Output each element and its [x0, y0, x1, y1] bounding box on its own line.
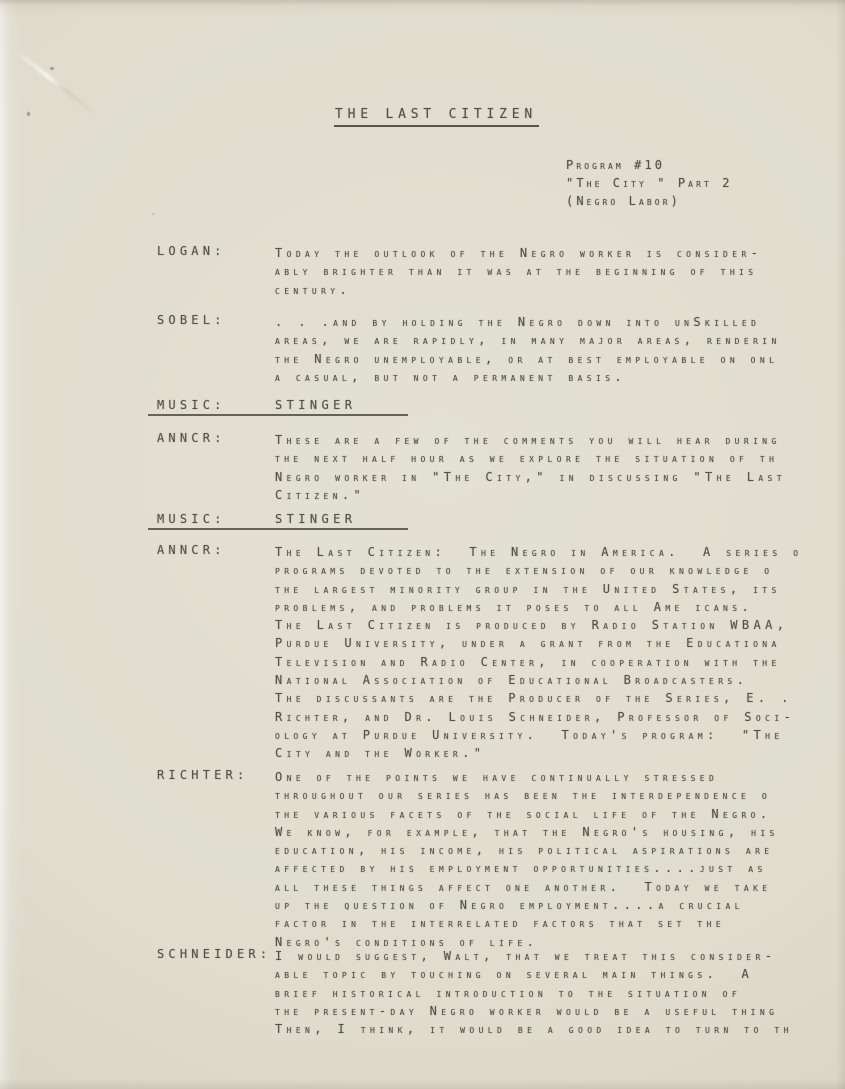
speaker-label: LOGAN:	[157, 244, 226, 258]
script-line: education, his income, his political asp…	[275, 841, 845, 859]
music-cue-underline: MUSIC: STINGER	[148, 512, 408, 530]
speech-lines: These are a few of the comments you will…	[275, 431, 845, 504]
script-line: ology at Purdue University. Today's prog…	[275, 726, 845, 744]
speech-lines: . . .and by holding the Negro down into …	[275, 313, 845, 386]
script-line: problems, and problems it poses to all A…	[275, 598, 845, 616]
script-line: the various facets of the social life of…	[275, 805, 845, 823]
speaker-label: ANNCR:	[157, 543, 226, 557]
script-line: able topic by touching on several main t…	[275, 965, 845, 983]
script-line: programs devoted to the extension of our…	[275, 561, 845, 579]
speaker-label: RICHTER:	[157, 768, 248, 782]
script-line: Citizen."	[275, 486, 845, 504]
script-line: Richter, and Dr. Louis Schneider, Profes…	[275, 708, 845, 726]
script-line: We know, for example, that the Negro's h…	[275, 823, 845, 841]
script-line: The Last Citizen is produced by Radio St…	[275, 616, 845, 634]
script-line: affected by his employment opportunities…	[275, 859, 845, 877]
speaker-label: SCHNEIDER:	[157, 947, 271, 961]
script-line: Today the outlook of the Negro worker is…	[275, 244, 845, 262]
script-line: brief historical introduction to the sit…	[275, 984, 845, 1002]
script-line: One of the points we have continually st…	[275, 768, 845, 786]
script-line: The discussants are the Producer of the …	[275, 689, 845, 707]
scanned-script-page: THE LAST CITIZEN Program #10 "The City "…	[0, 0, 845, 1089]
script-line: National Association of Educational Broa…	[275, 671, 845, 689]
script-line: The Last Citizen: The Negro in America. …	[275, 543, 845, 561]
speaker-label: ANNCR:	[157, 431, 226, 445]
cue-label: MUSIC:	[157, 398, 226, 412]
script-line: up the question of Negro employment....a…	[275, 896, 845, 914]
script-line: Purdue University, under a grant from th…	[275, 634, 845, 652]
speech-lines: Today the outlook of the Negro worker is…	[275, 244, 845, 299]
speech-lines: The Last Citizen: The Negro in America. …	[275, 543, 845, 763]
cue-text: STINGER	[275, 398, 356, 412]
speech-lines: One of the points we have continually st…	[275, 768, 845, 951]
script-line: all these things affect one another. Tod…	[275, 878, 845, 896]
script-line: the next half hour as we explore the sit…	[275, 449, 845, 467]
script-line: the Negro unemployable, or at best emplo…	[275, 350, 845, 368]
script-line: Television and Radio Center, in cooperat…	[275, 653, 845, 671]
script-line: areas, we are rapidly, in many major are…	[275, 331, 845, 349]
script-body: LOGAN: Today the outlook of the Negro wo…	[0, 0, 845, 1089]
cue-text: STINGER	[275, 512, 356, 526]
speech-lines: I would suggest, Walt, that we treat thi…	[275, 947, 845, 1038]
script-line: the present-day Negro worker would be a …	[275, 1002, 845, 1020]
script-line: These are a few of the comments you will…	[275, 431, 845, 449]
script-line: throughout our series has been the inter…	[275, 786, 845, 804]
cue-label: MUSIC:	[157, 512, 226, 526]
script-line: century.	[275, 281, 845, 299]
script-line: . . .and by holding the Negro down into …	[275, 313, 845, 331]
script-line: I would suggest, Walt, that we treat thi…	[275, 947, 845, 965]
speaker-label: SOBEL:	[157, 313, 226, 327]
script-line: City and the Worker."	[275, 744, 845, 762]
script-line: factor in the interrelated factors that …	[275, 914, 845, 932]
script-line: the largest minority group in the United…	[275, 580, 845, 598]
script-line: Then, I think, it would be a good idea t…	[275, 1020, 845, 1038]
script-line: ably brighter than it was at the beginni…	[275, 262, 845, 280]
script-line: Negro worker in "The City," in discussin…	[275, 468, 845, 486]
music-cue-underline: MUSIC: STINGER	[148, 398, 408, 416]
script-line: a casual, but not a permanent basis.	[275, 368, 845, 386]
